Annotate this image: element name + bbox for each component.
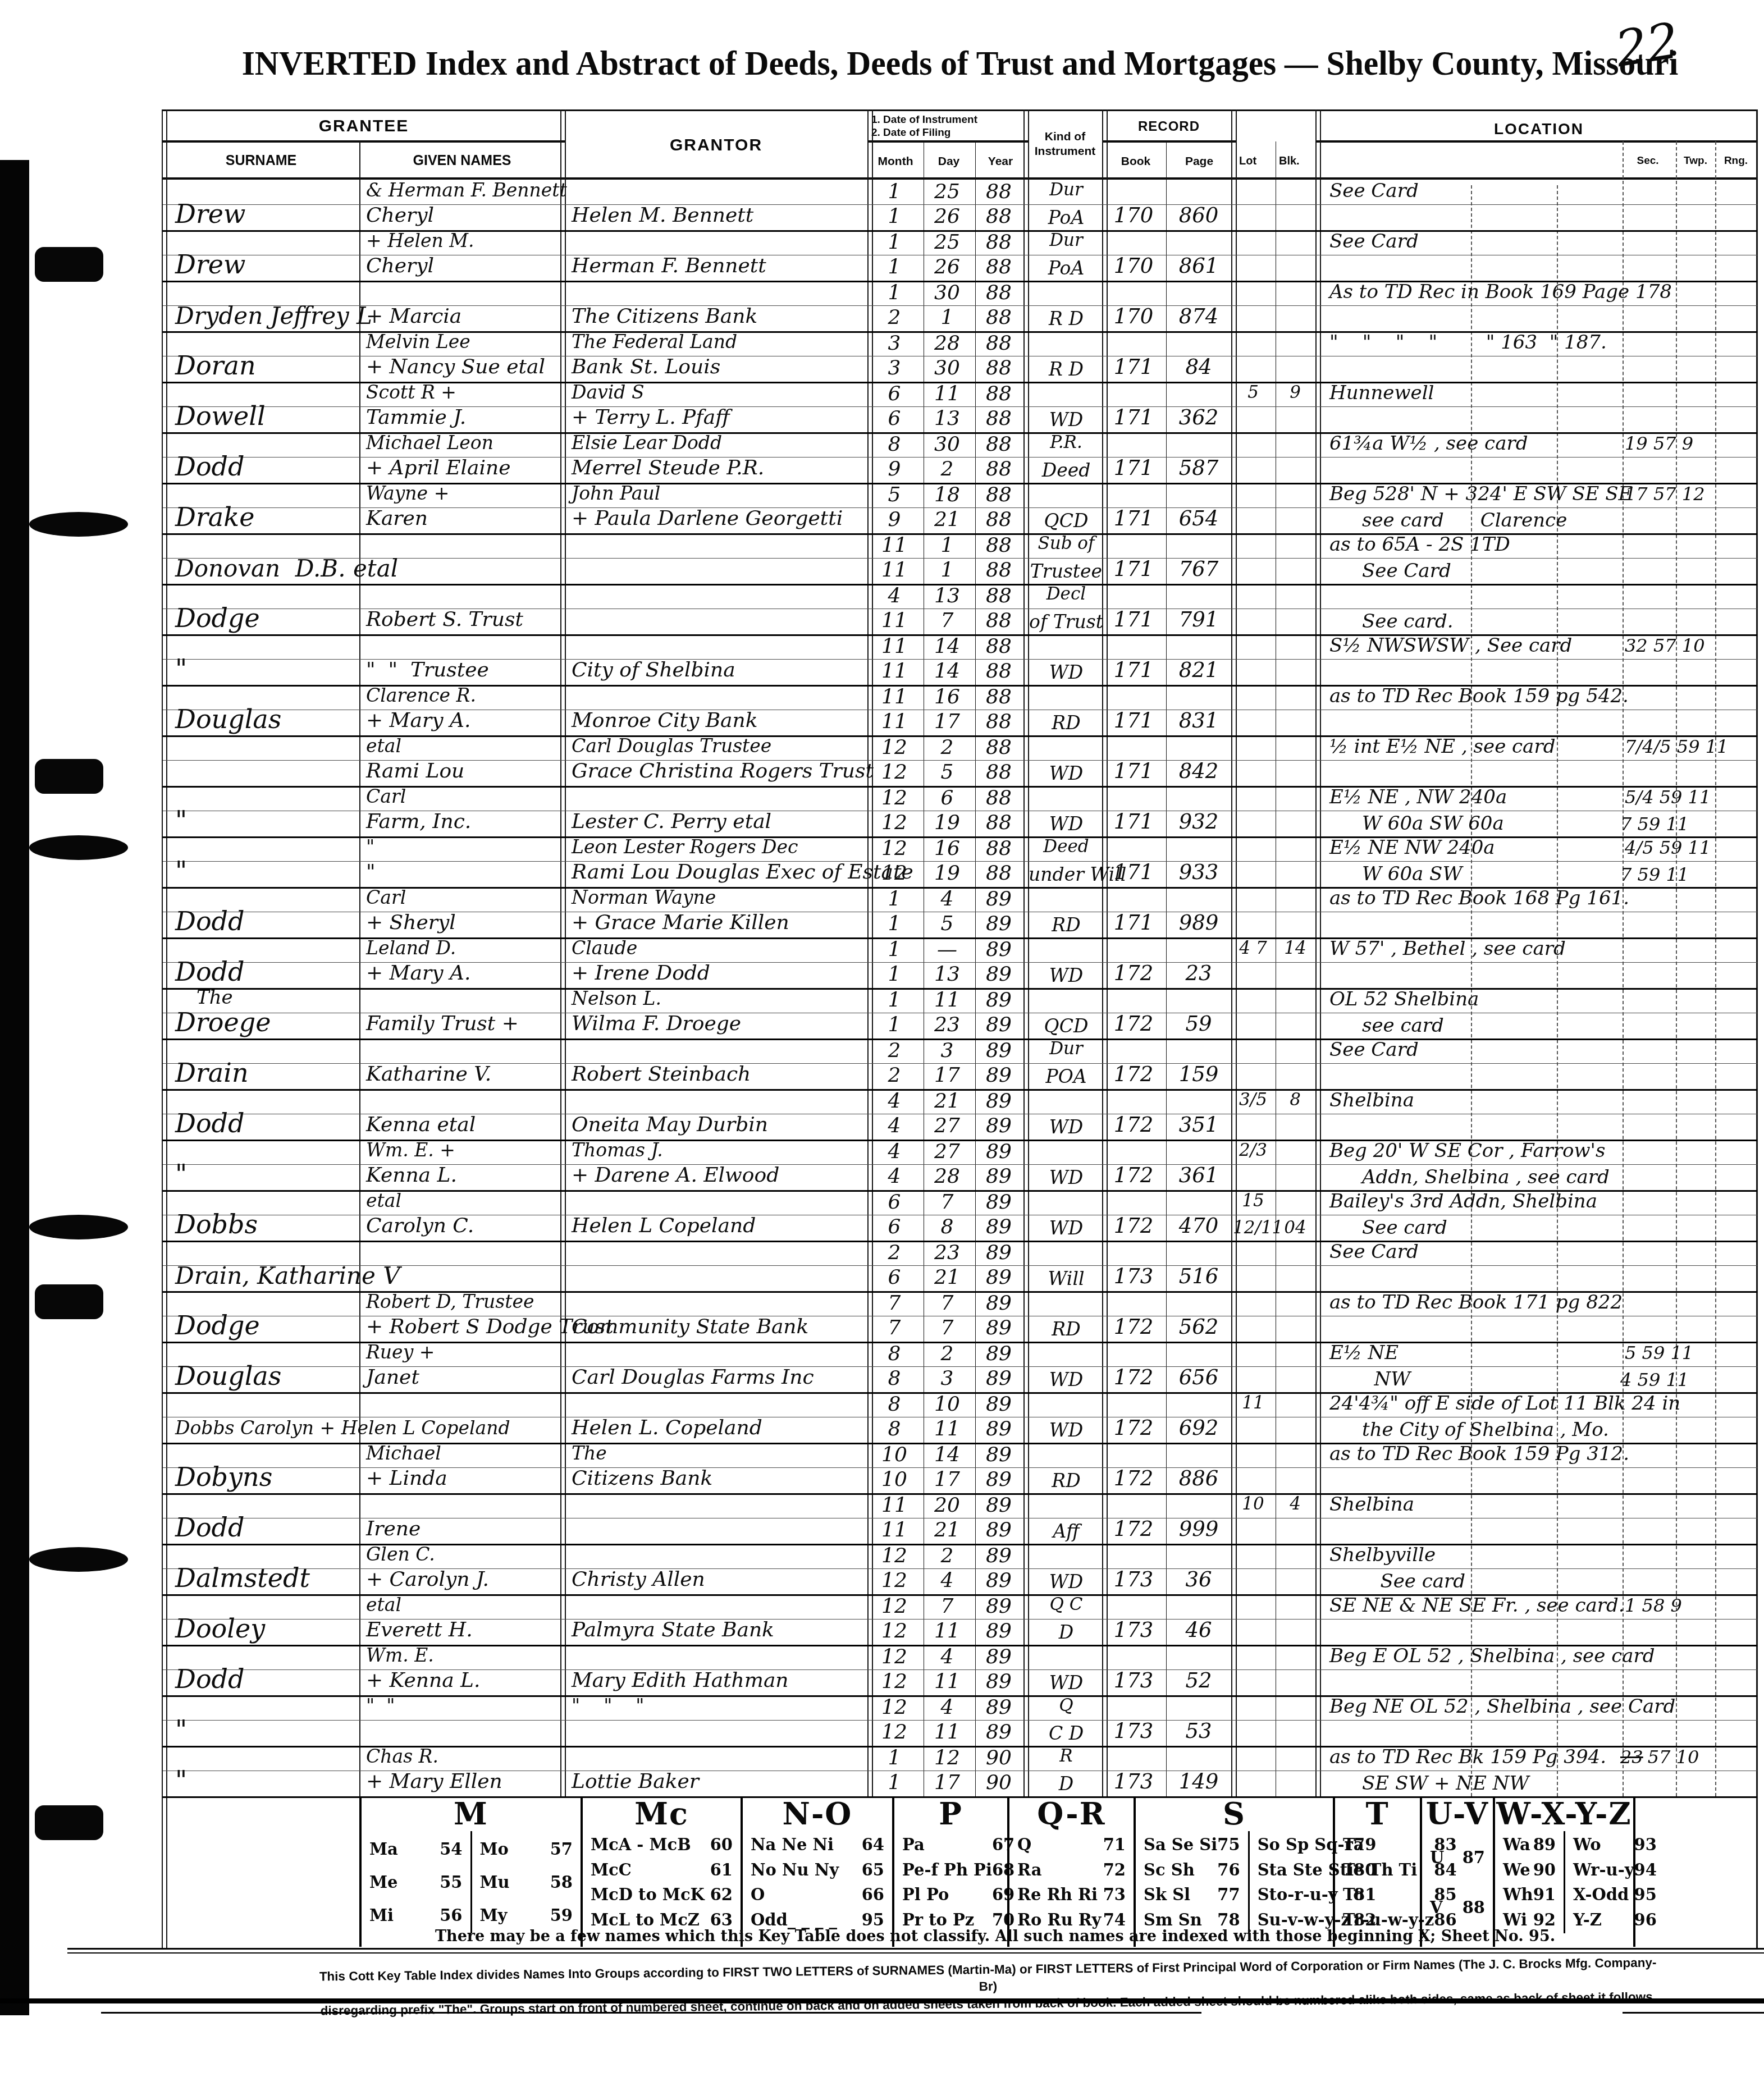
- record-page: 587: [1167, 458, 1231, 478]
- instrument-day: 16: [922, 839, 972, 859]
- filing-month: 4: [869, 1116, 920, 1136]
- grantee-given-line1: Michael Leon: [366, 433, 493, 452]
- filing-day: 7: [922, 611, 972, 631]
- record-book: 170: [1105, 255, 1162, 276]
- instrument-month: 11: [869, 1495, 920, 1516]
- instrument-year: 89: [975, 1546, 1023, 1566]
- instrument-month: 8: [869, 1344, 920, 1364]
- filing-year: 89: [975, 1722, 1023, 1742]
- instrument-day: 10: [922, 1394, 972, 1415]
- record-page: 159: [1167, 1064, 1231, 1085]
- key-group-label: Mc: [583, 1796, 741, 1831]
- grantee-surname: Dooley: [175, 1616, 265, 1641]
- location-line2: See Card: [1362, 561, 1451, 580]
- instrument-day: 2: [922, 738, 972, 758]
- grantee-surname: Drain: [175, 1060, 249, 1086]
- header-rng: Rng.: [1716, 155, 1756, 167]
- key-cell: X-Odd95: [1565, 1885, 1665, 1904]
- filing-month: 9: [869, 459, 920, 479]
- filing-month: 11: [869, 611, 920, 631]
- record-book: 172: [1105, 1468, 1162, 1489]
- sec-twp-rng-line1: [1620, 182, 1755, 200]
- record-book: 171: [1105, 356, 1162, 377]
- filing-year: 88: [975, 863, 1023, 884]
- grantee-surname: Drain, Katharine V: [175, 1264, 400, 1288]
- filing-day: 7: [922, 1318, 972, 1338]
- filing-day: 26: [922, 207, 972, 227]
- ledger-entries: Drew & Herman F. Bennett Cheryl Helen M.…: [0, 180, 1764, 1796]
- grantee-given-line2: Robert S. Trust: [366, 610, 523, 630]
- filing-year: 88: [975, 712, 1023, 732]
- location-line1: Beg 528' N + 324' E SW SE SE: [1329, 484, 1632, 504]
- filing-year: 89: [975, 1166, 1023, 1187]
- lot-line1: 3/5: [1233, 1091, 1273, 1109]
- record-page: 470: [1167, 1215, 1231, 1236]
- instrument-month: 8: [869, 434, 920, 455]
- grantor-line2: Robert Steinbach: [572, 1064, 751, 1085]
- key-cell: Sm Sn78: [1136, 1910, 1248, 1929]
- key-group-label: Q-R: [1009, 1796, 1134, 1831]
- record-book: 171: [1105, 559, 1162, 579]
- record-book: 172: [1105, 1165, 1162, 1186]
- instrument-year: 89: [975, 889, 1023, 909]
- record-book: 172: [1105, 1417, 1162, 1438]
- grantor-line2: Oneita May Durbin: [572, 1115, 768, 1135]
- key-group-label: W-X-Y-Z: [1495, 1796, 1633, 1831]
- grantee-given-line2: " " Trustee: [366, 660, 489, 680]
- location-line1: S½ NWSWSW , See card: [1329, 636, 1572, 655]
- record-page: 562: [1167, 1316, 1231, 1337]
- filing-year: 88: [975, 661, 1023, 681]
- key-cell: McA - McB60: [583, 1835, 741, 1854]
- key-cell: Pr to Pz70: [894, 1910, 1022, 1929]
- page-title: INVERTED Index and Abstract of Deeds, De…: [195, 44, 1725, 84]
- filing-year: 89: [975, 1621, 1023, 1641]
- binder-mark: [35, 1805, 103, 1840]
- record-book: 171: [1105, 407, 1162, 428]
- filing-year: 88: [975, 560, 1023, 580]
- filing-day: 27: [922, 1116, 972, 1136]
- record-page: 36: [1167, 1569, 1231, 1590]
- lot-line2: 12/11: [1233, 1219, 1273, 1237]
- instrument-day: 16: [922, 687, 972, 707]
- location-line2: the City of Shelbina , Mo.: [1362, 1420, 1609, 1439]
- instrument-month: 10: [869, 1445, 920, 1465]
- kind-of-instrument-line2: RD: [1029, 1471, 1104, 1490]
- instrument-year: 89: [975, 1495, 1023, 1516]
- sec-twp-rng-line1: [1620, 333, 1755, 351]
- grantee-given-line2: Everett H.: [366, 1620, 473, 1640]
- filing-year: 89: [975, 1116, 1023, 1136]
- instrument-day: 4: [922, 1647, 972, 1667]
- instrument-year: 89: [975, 1596, 1023, 1617]
- ledger-entry-row: Dodd Carl + Sheryl Norman Wayne + Grace …: [163, 887, 1757, 939]
- record-page: 842: [1167, 761, 1231, 781]
- grantee-given-line2: Rami Lou: [366, 761, 464, 781]
- key-cell: Pa67: [894, 1835, 1022, 1854]
- kind-of-instrument-line2: D: [1029, 1774, 1104, 1793]
- kind-of-instrument-line2: WD: [1029, 966, 1104, 985]
- instrument-year: 88: [975, 586, 1023, 606]
- record-book: 171: [1105, 862, 1162, 882]
- instrument-year: 89: [975, 1698, 1023, 1718]
- key-cell: Ma54: [362, 1840, 470, 1859]
- key-cell: Na Ne Ni64: [743, 1835, 892, 1854]
- ledger-entry-row: Dodd Michael Leon + April Elaine Elsie L…: [163, 432, 1757, 484]
- filing-day: 5: [922, 762, 972, 783]
- record-page: 149: [1167, 1771, 1231, 1792]
- kind-of-instrument-line1: Dur: [1029, 1040, 1104, 1058]
- instrument-day: —: [922, 940, 972, 960]
- sec-twp-rng-line1: 32 57 10: [1620, 637, 1755, 655]
- grantor-line2: + Paula Darlene Georgetti: [572, 509, 843, 529]
- grantee-given-line2: Carolyn C.: [366, 1216, 474, 1236]
- grantee-surname: Drake: [175, 504, 254, 530]
- ledger-entry-row: Douglas Clarence R. + Mary A. Monroe Cit…: [163, 685, 1757, 737]
- sec-twp-rng-line1: [1620, 1243, 1755, 1261]
- record-page: 933: [1167, 862, 1231, 882]
- blk-line1: 4: [1276, 1495, 1315, 1513]
- instrument-year: 88: [975, 333, 1023, 354]
- filing-day: 19: [922, 813, 972, 833]
- grantee-given-line1: Carl: [366, 787, 406, 806]
- grantee-given-line2: Katharine V.: [366, 1064, 491, 1085]
- key-group-t: TTa83Te Th Ti84To85Tr-u-w-y-z86: [1333, 1796, 1420, 1947]
- lot-line1: 11: [1233, 1394, 1273, 1412]
- key-cell: Wi92: [1495, 1910, 1564, 1929]
- filing-day: 21: [922, 510, 972, 530]
- grantee-given-line2: + Marcia: [366, 307, 461, 327]
- kind-of-instrument-line2: WD: [1029, 1370, 1104, 1389]
- record-book: 173: [1105, 1569, 1162, 1590]
- filing-year: 89: [975, 1571, 1023, 1591]
- instrument-day: 7: [922, 1596, 972, 1617]
- instrument-day: 21: [922, 1091, 972, 1111]
- grantee-given-line1: Leland D.: [366, 939, 456, 957]
- sec-twp-rng-line1: [1620, 384, 1755, 402]
- grantor-line2: + Terry L. Pfaff: [572, 408, 730, 428]
- record-book: 170: [1105, 306, 1162, 327]
- instrument-day: 30: [922, 434, 972, 455]
- filing-day: 4: [922, 1571, 972, 1591]
- filing-year: 88: [975, 459, 1023, 479]
- grantee-surname: Dobbs Carolyn + Helen L Copeland: [175, 1419, 510, 1437]
- filing-day: 1: [922, 560, 972, 580]
- grantor-line2: Merrel Steude P.R.: [572, 458, 764, 478]
- filing-month: 1: [869, 257, 920, 277]
- instrument-month: 11: [869, 637, 920, 657]
- location-line1: Shelbyville: [1329, 1545, 1436, 1564]
- grantee-surname: Doran: [175, 353, 256, 378]
- record-book: 173: [1105, 1721, 1162, 1741]
- filing-year: 88: [975, 358, 1023, 378]
- instrument-year: 90: [975, 1748, 1023, 1768]
- grantor-line2: Community State Bank: [572, 1317, 808, 1337]
- header-sec: Sec.: [1620, 155, 1675, 167]
- record-page: 989: [1167, 912, 1231, 933]
- instrument-day: 27: [922, 1142, 972, 1162]
- record-page: 767: [1167, 559, 1231, 579]
- filing-month: 2: [869, 1065, 920, 1086]
- ledger-entry-row: Drew & Herman F. Bennett Cheryl Helen M.…: [163, 180, 1757, 232]
- kind-of-instrument-line2: WD: [1029, 410, 1104, 429]
- grantee-given-line1: & Herman F. Bennett: [366, 181, 567, 199]
- grantor-line2: Grace Christina Rogers Trust: [572, 761, 874, 781]
- key-cell: Mo57: [472, 1840, 581, 1859]
- grantee-given-line2: + Sheryl: [366, 913, 456, 933]
- header-grantee: GRANTEE: [163, 117, 565, 136]
- instrument-month: 1: [869, 283, 920, 303]
- kind-of-instrument-line2: QCD: [1029, 511, 1104, 530]
- ledger-entry-row: Dobbs Carolyn + Helen L Copeland Helen L…: [163, 1392, 1757, 1444]
- filing-day: 1: [922, 308, 972, 328]
- filing-year: 89: [975, 914, 1023, 934]
- filing-year: 89: [975, 1672, 1023, 1692]
- instrument-month: 12: [869, 1698, 920, 1718]
- filing-month: 1: [869, 914, 920, 934]
- ledger-entry-row: Doran Melvin Lee + Nancy Sue etal The Fe…: [163, 331, 1757, 383]
- sec-twp-rng-line1: 2357 10: [1620, 1748, 1755, 1766]
- filing-day: 17: [922, 712, 972, 732]
- kind-of-instrument-line2: PoA: [1029, 259, 1104, 277]
- instrument-month: 4: [869, 586, 920, 606]
- record-page: 692: [1167, 1417, 1231, 1438]
- record-book: 171: [1105, 710, 1162, 731]
- grantee-surname: Dowell: [175, 403, 266, 429]
- filing-year: 88: [975, 510, 1023, 530]
- instrument-month: 1: [869, 232, 920, 253]
- grantor-line2: Lottie Baker: [572, 1772, 699, 1792]
- key-cell: Pl Po69: [894, 1885, 1022, 1904]
- instrument-day: 20: [922, 1495, 972, 1516]
- filing-year: 90: [975, 1773, 1023, 1793]
- instrument-year: 88: [975, 536, 1023, 556]
- key-cell: McL to McZ63: [583, 1910, 741, 1929]
- ledger-entry-row: Drain, Katharine V 2 23 89 6 21 89 Will …: [163, 1241, 1757, 1293]
- grantee-given-line2: Farm, Inc.: [366, 812, 471, 832]
- key-cell: Wa89: [1495, 1835, 1564, 1854]
- record-book: 173: [1105, 1620, 1162, 1640]
- instrument-year: 89: [975, 1041, 1023, 1061]
- filing-day: 23: [922, 1015, 972, 1035]
- filing-year: 89: [975, 964, 1023, 985]
- filing-month: 10: [869, 1470, 920, 1490]
- key-cell: Y-Z96: [1565, 1910, 1665, 1929]
- location-line1: Beg E OL 52 , Shelbina , see card: [1329, 1646, 1655, 1666]
- ledger-entry-row: Dalmstedt Glen C. + Carolyn J. Christy A…: [163, 1544, 1757, 1596]
- key-group-p: PPa67Pe-f Ph Pi68Pl Po69Pr to Pz70: [892, 1796, 1007, 1947]
- filing-month: 11: [869, 1520, 920, 1540]
- instrument-year: 88: [975, 485, 1023, 505]
- key-cell: Sa Se Si75: [1136, 1835, 1248, 1854]
- key-cell: Wr-u-y94: [1565, 1860, 1665, 1879]
- instrument-day: 28: [922, 333, 972, 354]
- location-line1: Beg 20' W SE Cor , Farrow's: [1329, 1141, 1605, 1160]
- key-cell: Me55: [362, 1873, 470, 1892]
- location-line2: See card: [1362, 1572, 1465, 1591]
- filing-day: 11: [922, 1672, 972, 1692]
- filing-year: 88: [975, 308, 1023, 328]
- grantee-surname: Dobyns: [175, 1464, 272, 1490]
- handwritten-page-number: 22: [1612, 11, 1683, 78]
- instrument-year: 89: [975, 1647, 1023, 1667]
- instrument-day: 7: [922, 1192, 972, 1213]
- filing-day: 17: [922, 1773, 972, 1793]
- grantee-given-line1: Glen C.: [366, 1545, 435, 1563]
- kind-of-instrument-line2: PoA: [1029, 208, 1104, 227]
- filing-month: 6: [869, 1217, 920, 1237]
- key-cell: We90: [1495, 1860, 1564, 1879]
- grantor-line2: Herman F. Bennett: [572, 256, 766, 276]
- kind-of-instrument-line2: under Will: [1029, 865, 1104, 884]
- grantee-given-line2: + April Elaine: [366, 458, 511, 478]
- instrument-month: 8: [869, 1394, 920, 1415]
- grantee-surname: ": [175, 858, 187, 884]
- kind-of-instrument-line1: Deed: [1029, 838, 1104, 856]
- kind-of-instrument-line1: Dur: [1029, 181, 1104, 199]
- instrument-day: 11: [922, 384, 972, 404]
- instrument-month: 12: [869, 788, 920, 808]
- grantor-line2: + Irene Dodd: [572, 963, 710, 983]
- instrument-month: 12: [869, 1647, 920, 1667]
- grantor-line2: City of Shelbina: [572, 660, 735, 680]
- filing-month: 12: [869, 1722, 920, 1742]
- grantee-surname: ": [175, 807, 187, 833]
- instrument-day: 2: [922, 1344, 972, 1364]
- kind-of-instrument-line2: R D: [1029, 309, 1104, 328]
- location-line2: see card: [1362, 1016, 1444, 1035]
- struck-section: 23: [1620, 1746, 1643, 1768]
- record-page: 59: [1167, 1013, 1231, 1034]
- instrument-year: 88: [975, 434, 1023, 455]
- grantee-given-line2: + Mary A.: [366, 711, 470, 731]
- record-book: 171: [1105, 508, 1162, 529]
- key-group-label: U-V: [1422, 1796, 1493, 1831]
- filing-month: 12: [869, 1621, 920, 1641]
- sec-twp-rng-line1: 5 59 11: [1620, 1344, 1755, 1362]
- grantor-line2: Helen M. Bennett: [572, 205, 753, 226]
- key-group-u-v: U-VU87V88: [1420, 1796, 1493, 1947]
- kind-of-instrument-line2: WD: [1029, 663, 1104, 681]
- instrument-month: 2: [869, 1243, 920, 1263]
- grantor-line2: Carl Douglas Farms Inc: [572, 1367, 814, 1388]
- kind-of-instrument-line2: RD: [1029, 713, 1104, 732]
- grantee-given-line1: " ": [366, 1696, 395, 1715]
- instrument-year: 89: [975, 1091, 1023, 1111]
- sec-twp-rng-line1: [1620, 536, 1755, 553]
- record-book: 173: [1105, 1266, 1162, 1287]
- kind-of-instrument-line2: Aff: [1029, 1522, 1104, 1540]
- ledger-entry-row: " " " Leon Lester Rogers Dec Rami Lou Do…: [163, 836, 1757, 889]
- header-year: Year: [976, 155, 1025, 168]
- location-line1: as to TD Rec Bk 159 Pg 394.: [1329, 1748, 1606, 1767]
- record-page: 932: [1167, 811, 1231, 832]
- key-group-mc: McMcA - McB60McC61McD to McK62McL to McZ…: [581, 1796, 741, 1947]
- record-page: 516: [1167, 1266, 1231, 1287]
- location-line1: E½ NE , NW 240a: [1329, 788, 1507, 807]
- grantor-line2: Helen L Copeland: [572, 1216, 756, 1236]
- sec-twp-rng-line1: [1620, 586, 1755, 604]
- record-page: 831: [1167, 710, 1231, 731]
- filing-year: 88: [975, 813, 1023, 833]
- key-cell: McD to McK62: [583, 1885, 741, 1904]
- grantor-line2: Monroe City Bank: [572, 711, 758, 731]
- filing-year: 88: [975, 611, 1023, 631]
- grantor-line1: The Federal Land: [572, 332, 737, 351]
- grantee-given-line2: + Mary A.: [366, 963, 470, 983]
- blk-line1: 14: [1276, 940, 1315, 957]
- instrument-day: 13: [922, 586, 972, 606]
- instrument-month: 12: [869, 738, 920, 758]
- grantee-surname: Dodd: [175, 454, 244, 479]
- instrument-month: 1: [869, 182, 920, 202]
- sec-twp-rng-line1: [1620, 1495, 1755, 1513]
- scanned-ledger-page: INVERTED Index and Abstract of Deeds, De…: [0, 0, 1764, 2086]
- sec-twp-rng-line1: [1620, 1192, 1755, 1210]
- grantee-surname: Dodd: [175, 1515, 244, 1540]
- record-book: 172: [1105, 1114, 1162, 1135]
- grantee-given-line1: Carl: [366, 888, 406, 907]
- location-line1: as to TD Rec Book 168 Pg 161.: [1329, 889, 1629, 908]
- fine-print: This Cott Key Table Index divides Names …: [314, 1954, 1662, 2019]
- grantee-given-line2: Karen: [366, 509, 428, 529]
- ledger-entry-row: Dodge Robert S. Trust 4 13 88 11 7 88 De…: [163, 584, 1757, 636]
- instrument-year: 89: [975, 1192, 1023, 1213]
- filing-year: 88: [975, 207, 1023, 227]
- instrument-year: 88: [975, 637, 1023, 657]
- grantee-given-line1: Melvin Lee: [366, 332, 470, 351]
- key-cell: Ra72: [1009, 1860, 1134, 1879]
- grantee-given-line1: ": [366, 838, 374, 856]
- filing-day: 26: [922, 257, 972, 277]
- kind-of-instrument-line1: Sub of: [1029, 535, 1104, 552]
- grantee-given-line2: + Linda: [366, 1469, 447, 1489]
- record-page: 46: [1167, 1620, 1231, 1640]
- filing-day: 8: [922, 1217, 972, 1237]
- grantor-line1: Thomas J.: [572, 1141, 663, 1159]
- instrument-month: 12: [869, 1596, 920, 1617]
- location-line1: W 57' , Bethel , see card: [1329, 939, 1566, 958]
- key-cell: Mi56: [362, 1906, 470, 1925]
- grantor-line2: + Grace Marie Killen: [572, 913, 789, 933]
- grantor-line1: Carl Douglas Trustee: [572, 736, 771, 755]
- instrument-day: 18: [922, 485, 972, 505]
- location-line2: see card Clarence: [1362, 511, 1567, 530]
- key-group-w-x-y-z: W-X-Y-ZWa89We90Wh91Wi92Wo93Wr-u-y94X-Odd…: [1493, 1796, 1633, 1947]
- location-line1: E½ NE: [1329, 1343, 1399, 1362]
- ledger-entry-row: Dooley etal Everett H. Palmyra State Ban…: [163, 1594, 1757, 1646]
- instrument-day: 4: [922, 889, 972, 909]
- key-group-label: S: [1136, 1796, 1333, 1831]
- sec-twp-rng-line1: [1620, 1293, 1755, 1311]
- instrument-day: 14: [922, 637, 972, 657]
- instrument-month: 1: [869, 990, 920, 1010]
- header-grantor: GRANTOR: [565, 136, 867, 155]
- kind-of-instrument-line2: R D: [1029, 360, 1104, 378]
- sec-twp-rng-line1: 1 58 9: [1620, 1596, 1755, 1614]
- filing-year: 89: [975, 1369, 1023, 1389]
- sec-twp-rng-line1: [1620, 1546, 1755, 1564]
- key-cell: My59: [472, 1906, 581, 1925]
- header-month: Month: [869, 155, 922, 168]
- grantor-line1: Claude: [572, 939, 637, 957]
- sec-twp-rng-line1: [1620, 687, 1755, 705]
- header-lot: Lot: [1236, 155, 1278, 168]
- grantor-line2: Helen L. Copeland: [572, 1418, 762, 1438]
- grantee-given-line1: Ruey +: [366, 1343, 435, 1361]
- key-cell: Ro Ru Ry74: [1009, 1910, 1134, 1929]
- location-line1: as to TD Rec Book 171 pg 822: [1329, 1293, 1623, 1312]
